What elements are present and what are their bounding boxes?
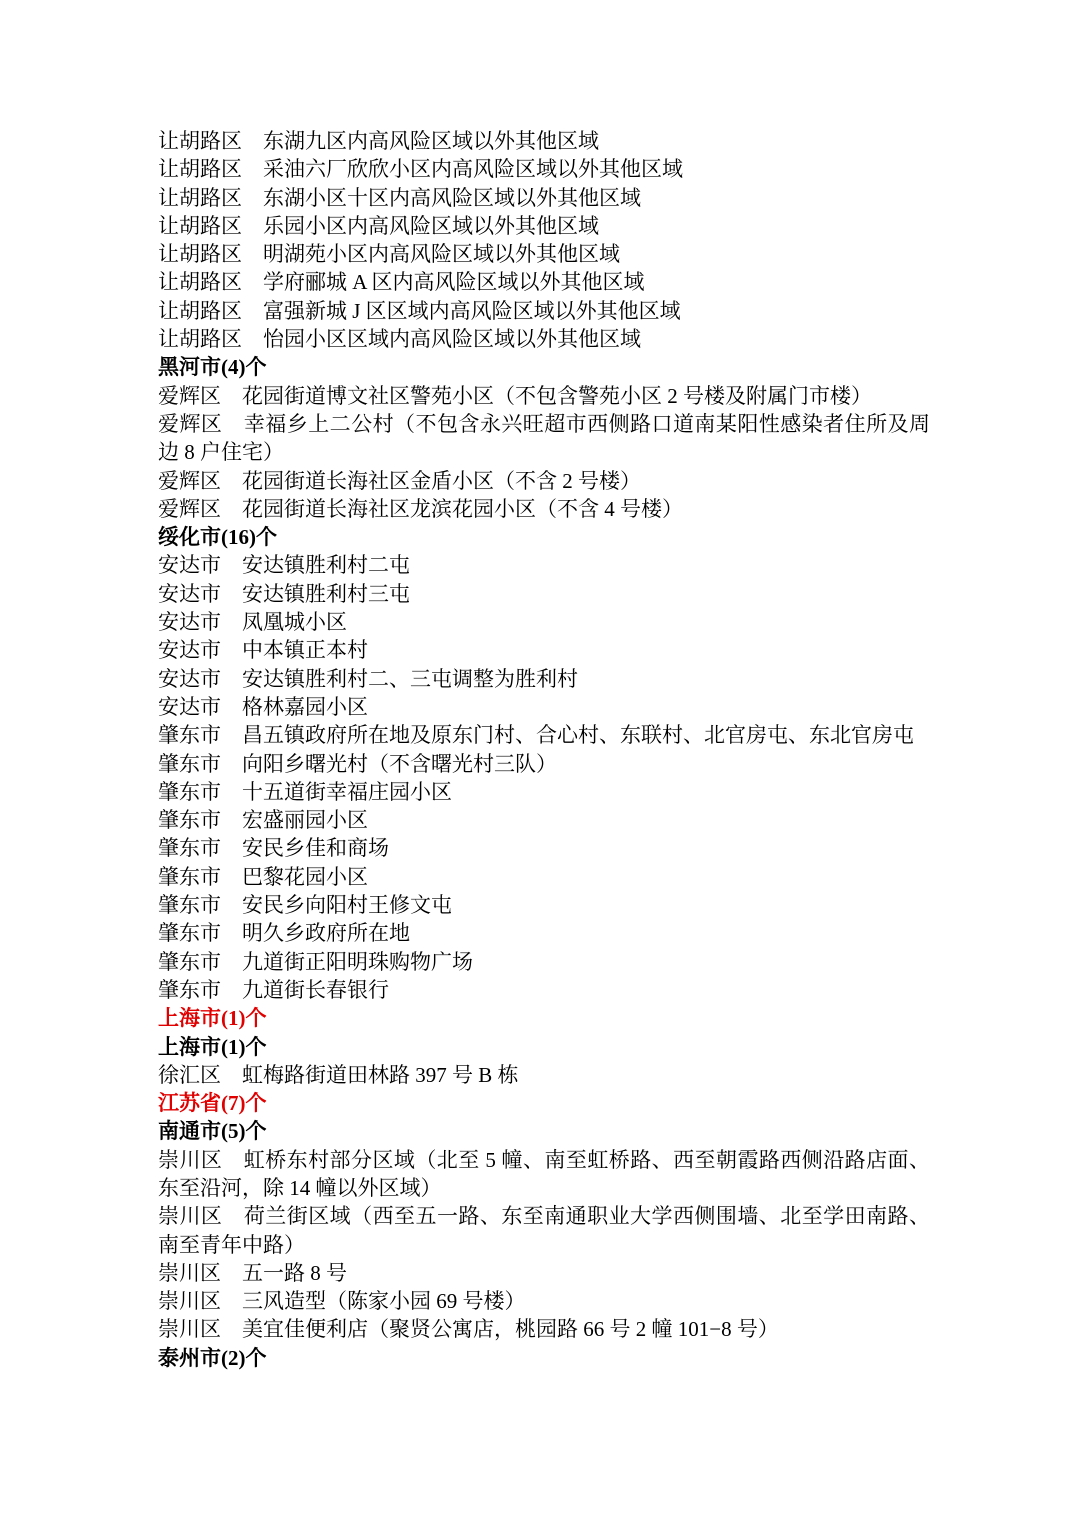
- document-line: 肇东市 向阳乡曙光村（不含曙光村三队）: [158, 750, 930, 778]
- document-line: 崇川区 美宜佳便利店（聚贤公寓店，桃园路 66 号 2 幢 101−8 号）: [158, 1315, 930, 1343]
- document-line: 让胡路区 东湖九区内高风险区域以外其他区域: [158, 127, 930, 155]
- document-line: 肇东市 安民乡向阳村王修文屯: [158, 891, 930, 919]
- document-line: 肇东市 巴黎花园小区: [158, 863, 930, 891]
- document-line: 让胡路区 东湖小区十区内高风险区域以外其他区域: [158, 184, 930, 212]
- document-line: 安达市 安达镇胜利村三屯: [158, 580, 930, 608]
- document-line: 安达市 中本镇正本村: [158, 636, 930, 664]
- city-heading: 黑河市(4)个: [158, 353, 930, 381]
- province-heading: 江苏省(7)个: [158, 1089, 930, 1117]
- document-line: 崇川区 五一路 8 号: [158, 1259, 930, 1287]
- document-line: 让胡路区 富强新城 J 区区域内高风险区域以外其他区域: [158, 297, 930, 325]
- document-line: 爱辉区 花园街道长海社区龙滨花园小区（不含 4 号楼）: [158, 495, 930, 523]
- city-heading: 上海市(1)个: [158, 1033, 930, 1061]
- document-line: 崇川区 三风造型（陈家小园 69 号楼）: [158, 1287, 930, 1315]
- document-line: 肇东市 明久乡政府所在地: [158, 919, 930, 947]
- document-line: 让胡路区 怡园小区区域内高风险区域以外其他区域: [158, 325, 930, 353]
- document-line: 肇东市 昌五镇政府所在地及原东门村、合心村、东联村、北官房屯、东北官房屯: [158, 721, 930, 749]
- document-line: 让胡路区 采油六厂欣欣小区内高风险区域以外其他区域: [158, 155, 930, 183]
- document-line: 崇川区 荷兰街区域（西至五一路、东至南通职业大学西侧围墙、北至学田南路、南至青年…: [158, 1202, 930, 1259]
- document-line: 爱辉区 幸福乡上二公村（不包含永兴旺超市西侧路口道南某阳性感染者住所及周边 8 …: [158, 410, 930, 467]
- document-line: 安达市 凤凰城小区: [158, 608, 930, 636]
- document-line: 安达市 安达镇胜利村二、三屯调整为胜利村: [158, 665, 930, 693]
- document-line: 徐汇区 虹梅路街道田林路 397 号 B 栋: [158, 1061, 930, 1089]
- city-heading: 泰州市(2)个: [158, 1344, 930, 1372]
- document-line: 肇东市 宏盛丽园小区: [158, 806, 930, 834]
- document-line: 安达市 格林嘉园小区: [158, 693, 930, 721]
- document-line: 肇东市 九道街正阳明珠购物广场: [158, 948, 930, 976]
- document-line: 崇川区 虹桥东村部分区域（北至 5 幢、南至虹桥路、西至朝霞路西侧沿路店面、东至…: [158, 1146, 930, 1203]
- document-line: 让胡路区 明湖苑小区内高风险区域以外其他区域: [158, 240, 930, 268]
- document-line: 安达市 安达镇胜利村二屯: [158, 551, 930, 579]
- city-heading: 绥化市(16)个: [158, 523, 930, 551]
- document-line: 肇东市 九道街长春银行: [158, 976, 930, 1004]
- province-heading: 上海市(1)个: [158, 1004, 930, 1032]
- document-line: 让胡路区 乐园小区内高风险区域以外其他区域: [158, 212, 930, 240]
- document-content: 让胡路区 东湖九区内高风险区域以外其他区域让胡路区 采油六厂欣欣小区内高风险区域…: [158, 127, 930, 1372]
- document-line: 肇东市 安民乡佳和商场: [158, 834, 930, 862]
- city-heading: 南通市(5)个: [158, 1117, 930, 1145]
- document-line: 让胡路区 学府郦城 A 区内高风险区域以外其他区域: [158, 268, 930, 296]
- document-line: 爱辉区 花园街道博文社区警苑小区（不包含警苑小区 2 号楼及附属门市楼）: [158, 382, 930, 410]
- document-line: 肇东市 十五道街幸福庄园小区: [158, 778, 930, 806]
- document-line: 爱辉区 花园街道长海社区金盾小区（不含 2 号楼）: [158, 467, 930, 495]
